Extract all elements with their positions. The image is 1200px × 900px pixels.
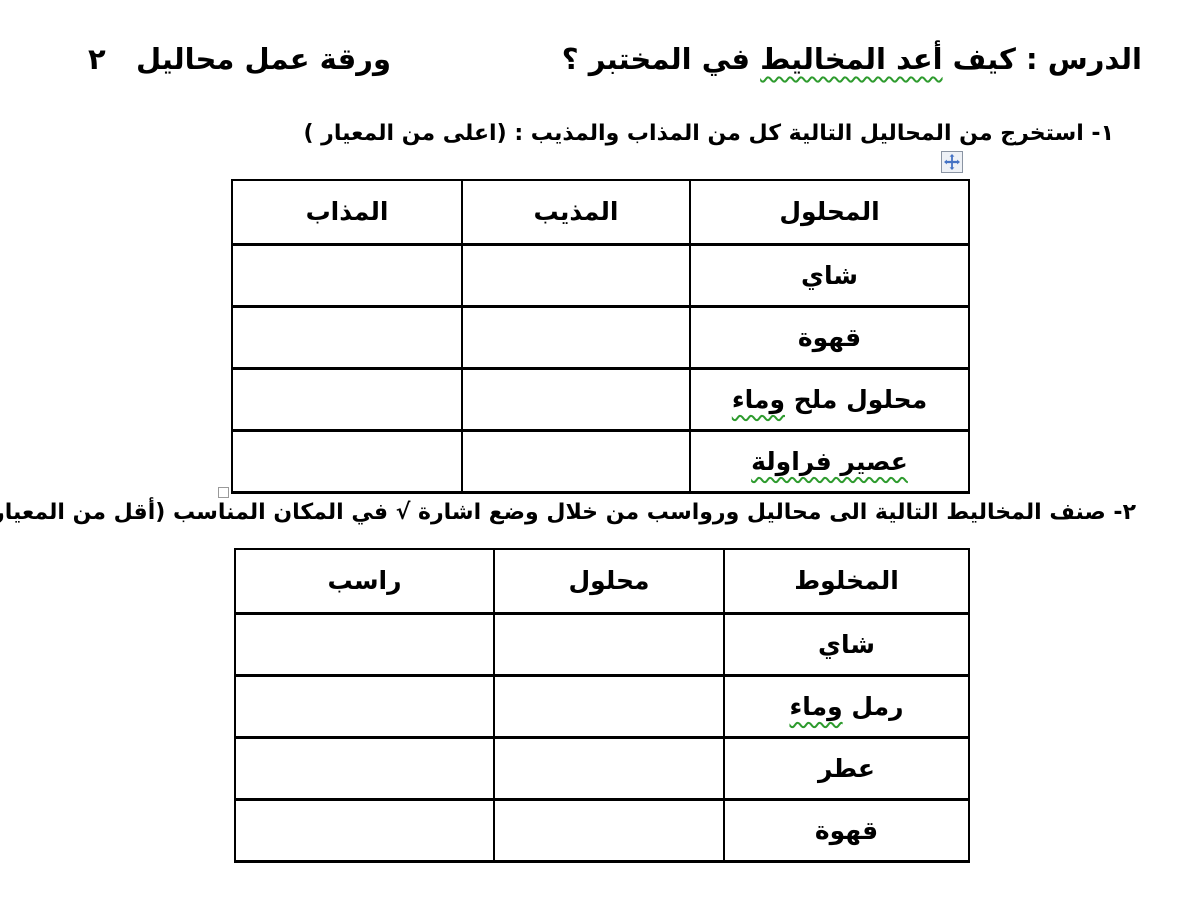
table-row: شاي	[235, 613, 969, 675]
answer-cell-solvent-tea[interactable]	[462, 244, 690, 306]
table-row: رمل وماء	[235, 675, 969, 737]
row-label-perfume: عطر	[724, 737, 969, 799]
header-sediment-check: راسب	[235, 549, 494, 613]
answer-cell-solute-coffee[interactable]	[232, 306, 462, 368]
table-row: قهوة	[232, 306, 969, 368]
worksheet-label: ورقة عمل محاليل ٢	[88, 40, 391, 79]
answer-cell-solute-strawberry-juice[interactable]	[232, 430, 462, 492]
question-1: ١- استخرج من المحاليل التالية كل من المذ…	[303, 120, 1114, 149]
mixtures-table: المخلوط محلول راسب شاي رمل وماء عطر قهوة	[234, 548, 970, 863]
check-cell-solution-perfume[interactable]	[494, 737, 724, 799]
header-solute: المذاب	[232, 180, 462, 244]
table-row: عصير فراولة	[232, 430, 969, 492]
row-label-coffee2: قهوة	[724, 799, 969, 861]
lesson-title: الدرس : كيف أعد المخاليط في المختبر ؟	[562, 40, 1142, 79]
table-resize-handle[interactable]	[218, 487, 229, 498]
check-cell-solution-sand-water[interactable]	[494, 675, 724, 737]
lesson-title-pre: الدرس : كيف	[943, 42, 1142, 76]
row-label-tea: شاي	[690, 244, 969, 306]
header-solution: المحلول	[690, 180, 969, 244]
header-solution-check: محلول	[494, 549, 724, 613]
mixtures-table-header-row: المخلوط محلول راسب	[235, 549, 969, 613]
table-row: قهوة	[235, 799, 969, 861]
question-2: ٢- صنف المخاليط التالية الى محاليل ورواس…	[0, 499, 1136, 528]
check-cell-sediment-perfume[interactable]	[235, 737, 494, 799]
row-label-sand-water: رمل وماء	[724, 675, 969, 737]
header-mixture: المخلوط	[724, 549, 969, 613]
document-page: { "colors": { "text": "#000000", "table_…	[0, 0, 1200, 900]
table-row: شاي	[232, 244, 969, 306]
lesson-title-spellcheck-segment: أعد المخاليط	[760, 42, 942, 76]
solutions-table: المحلول المذيب المذاب شاي قهوة محلول ملح…	[231, 179, 970, 494]
move-arrows-icon	[944, 154, 960, 170]
lesson-title-post: في المختبر ؟	[562, 42, 760, 76]
answer-cell-solvent-salt-water[interactable]	[462, 368, 690, 430]
header-solvent: المذيب	[462, 180, 690, 244]
solutions-table-header-row: المحلول المذيب المذاب	[232, 180, 969, 244]
check-cell-solution-coffee[interactable]	[494, 799, 724, 861]
table-row: عطر	[235, 737, 969, 799]
check-cell-sediment-tea[interactable]	[235, 613, 494, 675]
row-label-salt-water: محلول ملح وماء	[690, 368, 969, 430]
answer-cell-solvent-strawberry-juice[interactable]	[462, 430, 690, 492]
answer-cell-solvent-coffee[interactable]	[462, 306, 690, 368]
check-cell-sediment-sand-water[interactable]	[235, 675, 494, 737]
check-cell-sediment-coffee[interactable]	[235, 799, 494, 861]
check-cell-solution-tea[interactable]	[494, 613, 724, 675]
row-label-coffee: قهوة	[690, 306, 969, 368]
table-row: محلول ملح وماء	[232, 368, 969, 430]
row-label-tea2: شاي	[724, 613, 969, 675]
answer-cell-solute-tea[interactable]	[232, 244, 462, 306]
answer-cell-solute-salt-water[interactable]	[232, 368, 462, 430]
row-label-strawberry-juice: عصير فراولة	[690, 430, 969, 492]
table-move-handle[interactable]	[941, 151, 963, 173]
